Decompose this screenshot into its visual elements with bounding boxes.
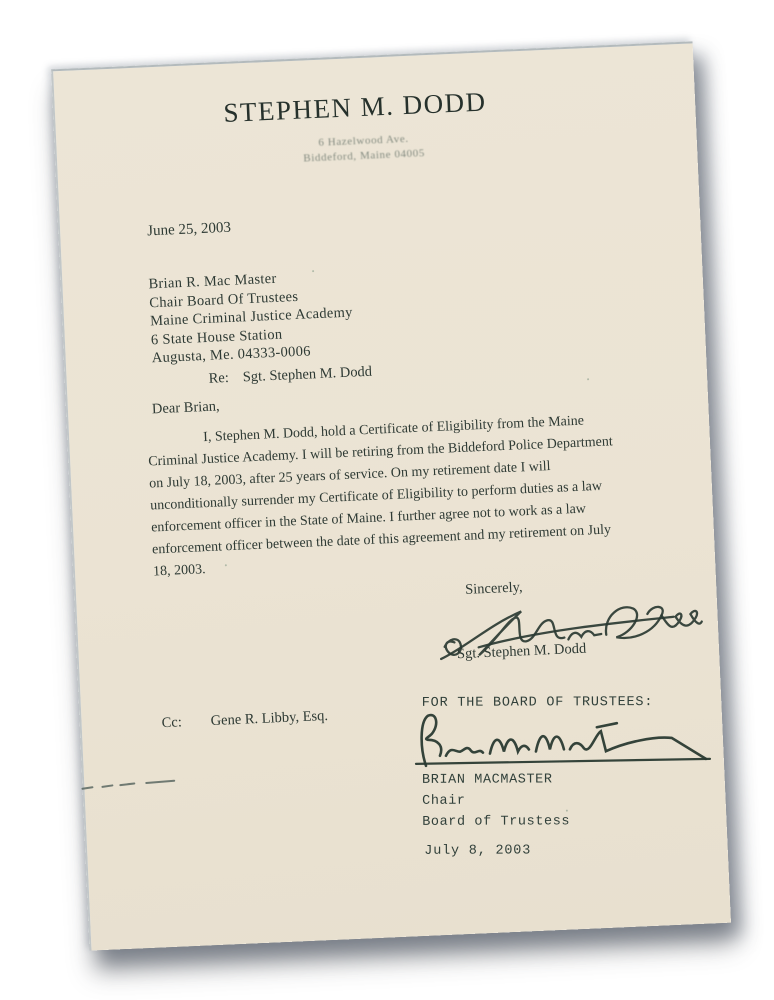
letter-date: June 25, 2003 bbox=[147, 220, 231, 241]
valediction: Sincerely, bbox=[465, 579, 523, 598]
scan-speck bbox=[312, 270, 314, 272]
re-line: Re:Sgt. Stephen M. Dodd bbox=[208, 364, 372, 388]
macmaster-signature bbox=[414, 707, 716, 772]
scanned-letter-background: STEPHEN M. DODD 6 Hazelwood Ave. Biddefo… bbox=[0, 0, 774, 1000]
scan-speck bbox=[566, 810, 568, 812]
letter-content: STEPHEN M. DODD 6 Hazelwood Ave. Biddefo… bbox=[53, 43, 731, 950]
re-label: Re: bbox=[208, 370, 229, 387]
letter-body-paragraph: I, Stephen M. Dodd, hold a Certificate o… bbox=[147, 409, 631, 584]
pen-mark-artifact bbox=[80, 776, 198, 793]
salutation: Dear Brian, bbox=[152, 398, 220, 418]
re-value: Sgt. Stephen M. Dodd bbox=[242, 364, 372, 386]
board-endorsement-block: FOR THE BOARD OF TRUSTEES: BRIAN MACMAST… bbox=[422, 695, 743, 876]
cc-line: Cc:Gene R. Libby, Esq. bbox=[161, 708, 328, 732]
board-date: July 8, 2003 bbox=[424, 843, 531, 858]
scan-speck bbox=[225, 564, 227, 566]
board-signatory-lines: BRIAN MACMASTER Chair Board of Trustess bbox=[422, 769, 570, 833]
cc-value: Gene R. Libby, Esq. bbox=[210, 708, 328, 729]
scan-speck bbox=[587, 378, 589, 380]
board-signatory-org: Board of Trustess bbox=[422, 811, 570, 833]
cc-label: Cc: bbox=[161, 713, 211, 732]
board-signatory-title: Chair bbox=[422, 790, 570, 812]
board-signatory-name: BRIAN MACMASTER bbox=[422, 769, 570, 791]
letter-paper: STEPHEN M. DODD 6 Hazelwood Ave. Biddefo… bbox=[51, 41, 731, 950]
recipient-address-block: Brian R. Mac Master Chair Board Of Trust… bbox=[148, 267, 355, 368]
